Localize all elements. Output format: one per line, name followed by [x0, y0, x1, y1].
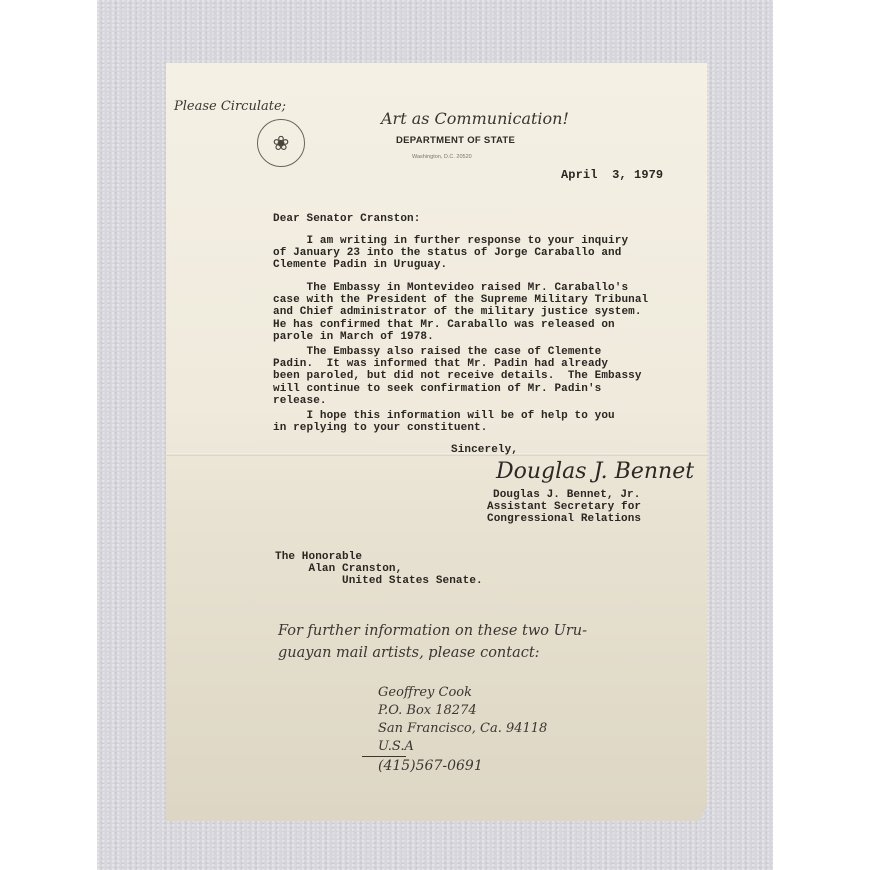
handwritten-footer-line-2: guayan mail artists, please contact: [278, 645, 540, 661]
signer-title-2: Congressional Relations [487, 513, 641, 525]
salutation: Dear Senator Cranston: [273, 213, 420, 225]
paper-fold [166, 453, 707, 456]
contact-name: Geoffrey Cook [378, 685, 472, 700]
closing: Sincerely, [451, 444, 518, 456]
country-underline [362, 756, 406, 757]
recipient-line-2: Alan Cranston, [275, 563, 402, 575]
letter-date: April 3, 1979 [561, 169, 663, 181]
contact-po-box: P.O. Box 18274 [378, 703, 477, 718]
handwritten-heading: Art as Communication! [381, 109, 569, 128]
department-address: Washington, D.C. 20520 [412, 154, 472, 160]
signature-script: Douglas J. Bennet [496, 459, 694, 484]
recipient-line-1: The Honorable [275, 551, 362, 563]
recipient-line-3: United States Senate. [275, 575, 483, 587]
department-name: DEPARTMENT OF STATE [396, 135, 515, 146]
paragraph-1: I am writing in further response to your… [273, 235, 628, 272]
contact-phone: (415)567-0691 [378, 758, 483, 774]
great-seal-icon: ❀ [257, 119, 305, 167]
contact-country: U.S.A [378, 739, 414, 754]
paragraph-2: The Embassy in Montevideo raised Mr. Car… [273, 282, 648, 343]
handwritten-footer-line-1: For further information on these two Uru… [278, 623, 587, 639]
contact-city: San Francisco, Ca. 94118 [378, 721, 547, 736]
signer-name: Douglas J. Bennet, Jr. [493, 489, 640, 501]
paragraph-3: The Embassy also raised the case of Clem… [273, 346, 642, 407]
handwritten-note-please-circulate: Please Circulate; [174, 99, 286, 114]
paragraph-4: I hope this information will be of help … [273, 410, 615, 434]
signer-title-1: Assistant Secretary for [487, 501, 641, 513]
letter-page: Please Circulate; ❀ Art as Communication… [166, 63, 707, 821]
